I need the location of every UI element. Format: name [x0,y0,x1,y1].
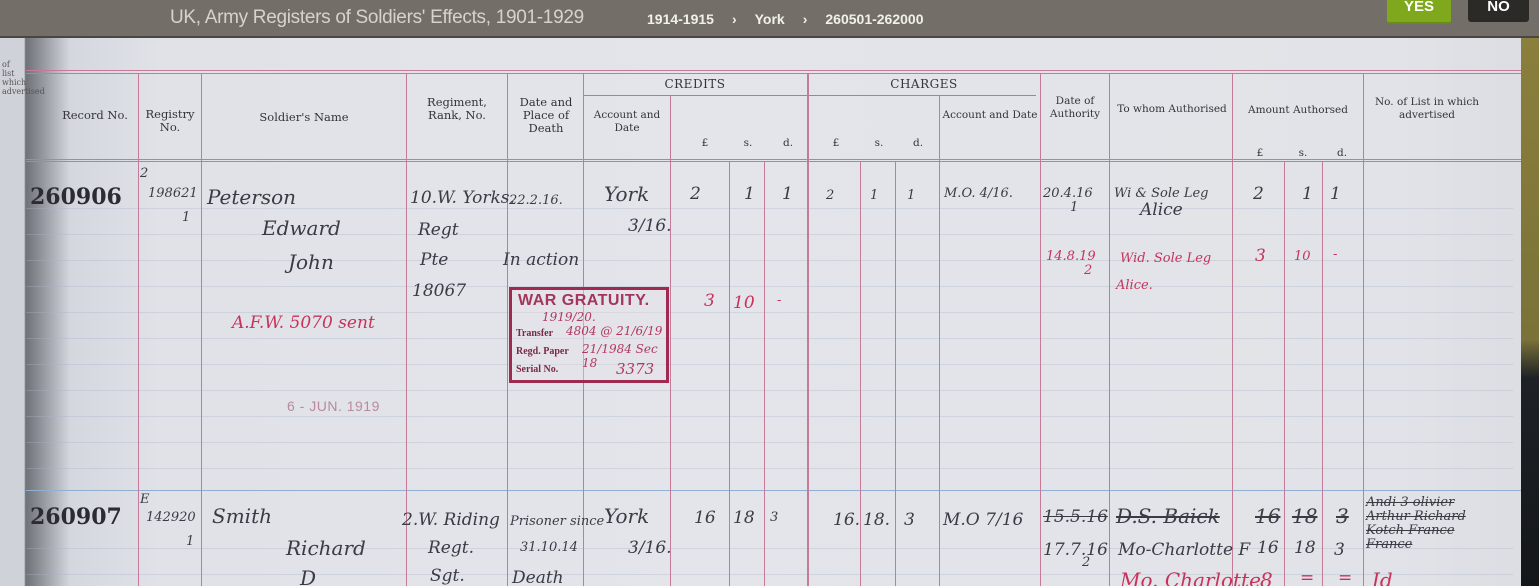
death-place: In action [503,250,579,270]
charge-pence: 1 [907,188,915,203]
charge-account: M.O 7/16 [943,510,1023,530]
authority-date-2: 14.8.19 [1046,249,1096,264]
rank: Sgt. [430,566,465,586]
header-soldier-name: Soldier's Name [204,111,404,124]
charge-account: M.O. 4/16. [944,186,1013,201]
header-record-no: Record No. [60,109,130,122]
registry-number: 198621 [148,186,198,201]
soldier-middle-name: D [300,566,316,586]
stamp-transfer-label: Transfer [516,328,553,339]
book-edge [1521,38,1539,586]
authorised-shillings: 18 [1294,538,1316,558]
authority-date-struck: 15.5.16 [1043,507,1108,527]
war-gratuity-stamp: WAR GRATUITY. 1919/20. Transfer 4804 @ 2… [509,287,669,383]
received-date-stamp: 6 - JUN. 1919 [287,398,380,414]
registry-prefix: 2 [140,166,148,181]
regiment-suffix: Regt. [428,538,474,558]
death-date: 22.2.16. [509,193,563,208]
breadcrumb-year[interactable]: 1914-1915 [647,11,714,27]
header-date-place-death: Date and Place of Death [510,96,582,135]
header-list-no: No. of List in which advertised [1368,96,1486,122]
authorised-struck-pounds: 16 [1255,504,1280,528]
header-credit-pounds: £ [695,137,715,150]
header-charges-account: Account and Date [942,109,1038,122]
viewer-toolbar: UK, Army Registers of Soldiers' Effects,… [0,0,1539,38]
credit-pounds: 16 [694,508,716,528]
authority-sub-2: 2 [1084,263,1092,278]
previous-page-edge: of list which advertised [0,38,25,586]
authorised-2-shillings: 10 [1294,249,1311,264]
authorised-to-name: Alice [1140,200,1183,220]
death-date: 31.10.14 [520,540,578,555]
authorised-pence: 3 [1334,540,1345,560]
record-image[interactable]: of list which advertised Record No. Regi… [0,38,1539,586]
death-date-prefix: Prisoner since [510,514,604,529]
credit-pence: 1 [782,184,793,204]
registry-suffix: 1 [182,210,190,225]
charge-shillings: 18. [863,510,890,530]
yes-button[interactable]: YES [1387,0,1451,24]
breadcrumb-place[interactable]: York [755,11,785,27]
credit-pence: 3 [770,510,778,525]
authorised-red-pence: = [1338,568,1352,586]
stamp-title: WAR GRATUITY. [518,292,650,310]
record-number: 260907 [30,504,122,530]
header-credits: CREDITS [584,78,806,91]
authorised-red-pounds: 8 [1260,568,1273,586]
authorised-2-pence: - [1333,247,1337,262]
registry-suffix: 1 [186,534,194,549]
registry-prefix: E [140,492,150,507]
credit-shillings: 18 [733,508,755,528]
header-auth-pence: d. [1334,147,1350,160]
authority-sub: 2 [1082,555,1090,570]
stamp-transfer-value: 4804 @ 21/6/19 [566,324,662,338]
gratuity-pence: - [777,293,781,308]
charge-pounds: 2 [826,188,834,203]
header-to-whom: To whom Authorised [1114,103,1230,116]
authorised-2-pounds: 3 [1255,246,1266,266]
list-note-red: Id [1372,568,1393,586]
soldier-forename: Edward [262,216,341,240]
soldier-surname: Smith [212,504,272,528]
authorised-to-2-name: Alice. [1116,278,1153,293]
regiment: 2.W. Riding [402,510,500,530]
authorised-to-red: Mo. Charlotte [1120,568,1261,586]
header-charge-pounds: £ [826,137,846,150]
header-auth-shillings: s. [1295,147,1311,160]
charge-pounds: 16. [833,510,860,530]
no-button[interactable]: NO [1468,0,1529,22]
header-credits-account: Account and Date [586,109,668,135]
authorised-shillings: 1 [1302,184,1313,204]
soldier-surname: Peterson [207,185,296,209]
rank: Pte [420,250,448,270]
authorised-pence: 1 [1330,184,1341,204]
credit-account: York [604,182,649,206]
credit-pounds: 2 [690,184,701,204]
authorised-to-2: Wid. Sole Leg [1120,251,1211,266]
credit-account: York [604,504,649,528]
soldier-middle-name: John [288,250,334,274]
header-charge-shillings: s. [869,137,889,150]
credit-account-date: 3/16. [628,538,672,558]
credit-shillings: 1 [744,184,755,204]
authorised-to: Mo-Charlotte F [1118,540,1250,560]
authorised-red-shillings: = [1300,568,1314,586]
authorised-pounds: 2 [1253,184,1264,204]
authority-sub: 1 [1070,200,1078,215]
authorised-to: Wi & Sole Leg [1114,186,1209,201]
death-place: Death [512,568,564,586]
chevron-right-icon: › [803,11,808,27]
header-date-authority: Date of Authority [1042,95,1108,121]
stamp-regd-label: Regd. Paper [516,346,569,357]
authorised-pounds: 16 [1257,538,1279,558]
header-credit-shillings: s. [738,137,758,150]
authorised-struck-shillings: 18 [1292,504,1317,528]
service-number: 18067 [412,281,466,301]
regiment-suffix: Regt [418,220,459,240]
authority-date: 17.7.16 [1043,540,1108,560]
header-credit-pence: d. [778,137,798,150]
collection-title[interactable]: UK, Army Registers of Soldiers' Effects,… [170,7,584,29]
stamp-serial-value: 3373 [616,360,654,378]
header-charge-pence: d. [908,137,928,150]
header-regiment: Regiment, Rank, No. [412,96,502,122]
charge-shillings: 1 [870,188,878,203]
header-registry-no: Registry No. [140,108,200,134]
header-auth-pounds: £ [1252,147,1268,160]
credit-account-date: 3/16. [628,216,672,236]
authorised-to-struck: D.S. Baick [1116,504,1220,528]
chevron-right-icon: › [732,11,737,27]
margin-note: of list which advertised [2,60,24,96]
stamp-year: 1919/20. [542,310,596,324]
gratuity-shillings: 10 [733,293,755,313]
soldier-forename: Richard [286,536,366,560]
record-number: 260906 [30,184,122,210]
breadcrumb-range[interactable]: 260501-262000 [825,11,923,27]
breadcrumb: 1914-1915 › York › 260501-262000 [647,11,924,27]
registry-number: 142920 [146,510,196,525]
form-sent-note: A.F.W. 5070 sent [232,313,375,333]
regiment: 10.W. Yorks. [410,188,515,208]
list-note-struck: Andi 3 olivier Arthur Richard Kotch Fran… [1366,496,1490,552]
header-amount-authorised: Amount Authorsed [1236,104,1360,117]
authority-date: 20.4.16 [1043,186,1093,201]
authorised-struck-pence: 3 [1336,504,1349,528]
stamp-serial-label: Serial No. [516,364,558,375]
gratuity-pounds: 3 [704,291,715,311]
charge-pence: 3 [904,510,915,530]
header-charges: CHARGES [809,78,1039,91]
